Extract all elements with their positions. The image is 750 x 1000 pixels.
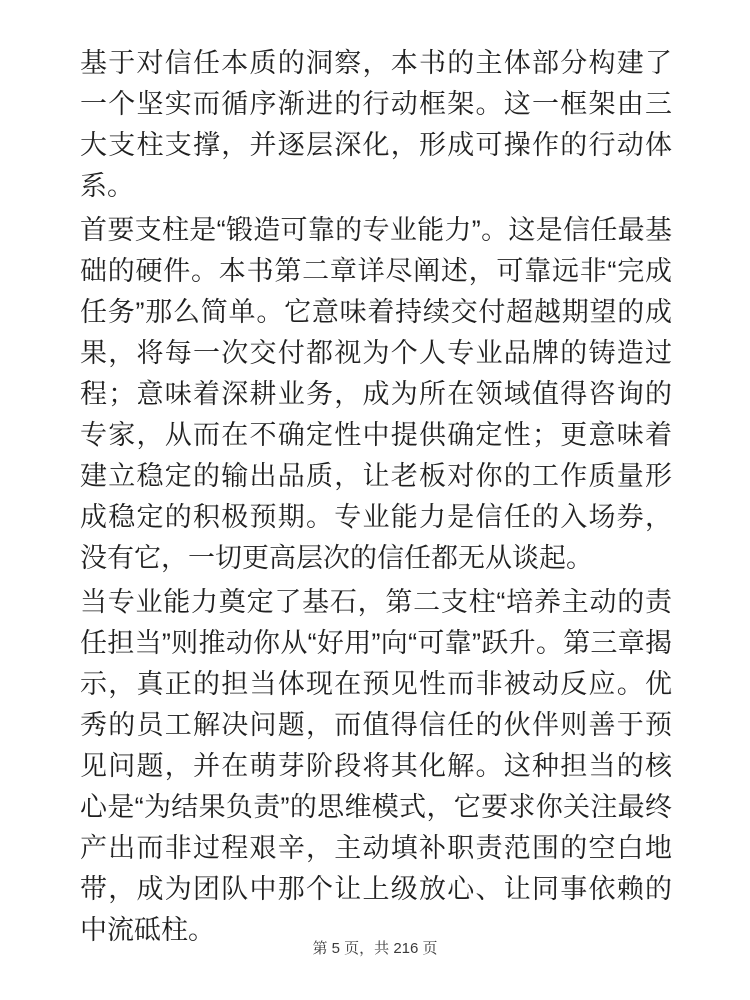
paragraph-2: 首要支柱是“锻造可靠的专业能力”。这是信任最基础的硬件。本书第二章详尽阐述，可靠… <box>80 210 672 579</box>
document-page: 基于对信任本质的洞察，本书的主体部分构建了一个坚实而循序渐进的行动框架。这一框架… <box>0 0 750 1000</box>
page-indicator: 第 5 页，共 216 页 <box>0 938 750 960</box>
paragraph-1: 基于对信任本质的洞察，本书的主体部分构建了一个坚实而循序渐进的行动框架。这一框架… <box>80 43 672 207</box>
paragraph-3: 当专业能力奠定了基石，第二支柱“培养主动的责任担当”则推动你从“好用”向“可靠”… <box>80 582 672 951</box>
page-body-text: 基于对信任本质的洞察，本书的主体部分构建了一个坚实而循序渐进的行动框架。这一框架… <box>80 43 672 954</box>
